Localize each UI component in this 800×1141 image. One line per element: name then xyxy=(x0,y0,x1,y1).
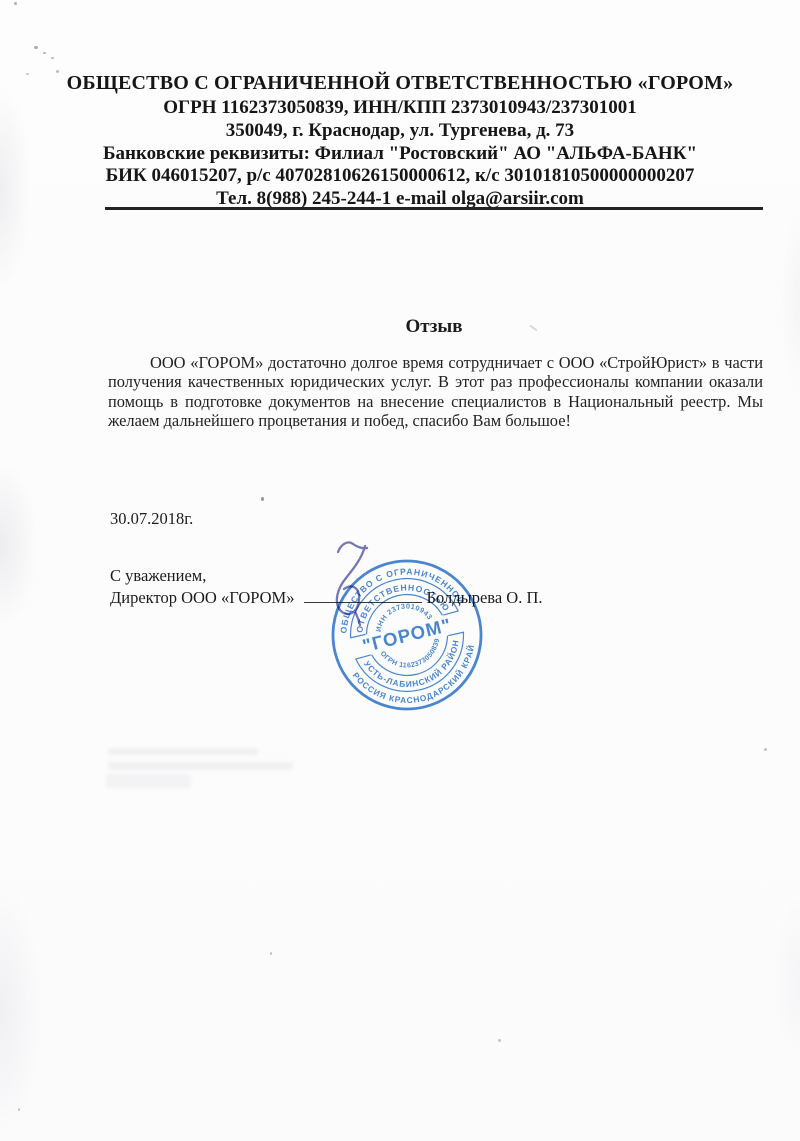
letterhead: ОБЩЕСТВО С ОГРАНИЧЕННОЙ ОТВЕТСТВЕННОСТЬЮ… xyxy=(52,70,748,211)
bleed-through-smudge xyxy=(106,774,191,788)
company-accounts: БИК 046015207, р/с 40702810626150000612,… xyxy=(52,165,748,188)
document-title: Отзыв xyxy=(105,316,763,338)
company-address: 350049, г. Краснодар, ул. Тургенева, д. … xyxy=(52,120,748,143)
letterhead-divider xyxy=(105,207,763,210)
scan-speck xyxy=(270,952,272,955)
scan-speck xyxy=(18,1108,20,1111)
scan-speck xyxy=(498,1039,501,1042)
scan-speck xyxy=(43,52,46,54)
scan-speck xyxy=(26,73,29,75)
scan-speck xyxy=(261,497,264,501)
bleed-through-smudge xyxy=(108,762,293,770)
company-ogrn-inn: ОГРН 1162373050839, ИНН/КПП 2373010943/2… xyxy=(52,97,748,120)
scan-speck xyxy=(764,748,767,751)
signatory-role: Директор ООО «ГОРОМ» xyxy=(110,588,294,607)
scanned-letter-page: ОБЩЕСТВО С ОГРАНИЧЕННОЙ ОТВЕТСТВЕННОСТЬЮ… xyxy=(0,0,800,1141)
review-paragraph: ООО «ГОРОМ» достаточно долгое время сотр… xyxy=(108,353,763,431)
company-name: ОБЩЕСТВО С ОГРАНИЧЕННОЙ ОТВЕТСТВЕННОСТЬЮ… xyxy=(52,70,748,97)
scan-speck xyxy=(14,2,17,5)
stamp-center-name: "ГОРОМ" xyxy=(360,614,453,656)
bleed-through-smudge xyxy=(108,748,258,755)
company-bank: Банковские реквизиты: Филиал "Ростовский… xyxy=(52,143,748,166)
document-date: 30.07.2018г. xyxy=(110,509,193,529)
scan-speck xyxy=(51,57,54,59)
closing-phrase: С уважением, xyxy=(110,566,206,586)
scan-speck xyxy=(34,46,38,49)
scan-speck xyxy=(56,70,59,73)
company-stamp: ОБЩЕСТВО С ОГРАНИЧЕННОЙ РОССИЯ КРАСНОДАР… xyxy=(321,549,493,721)
